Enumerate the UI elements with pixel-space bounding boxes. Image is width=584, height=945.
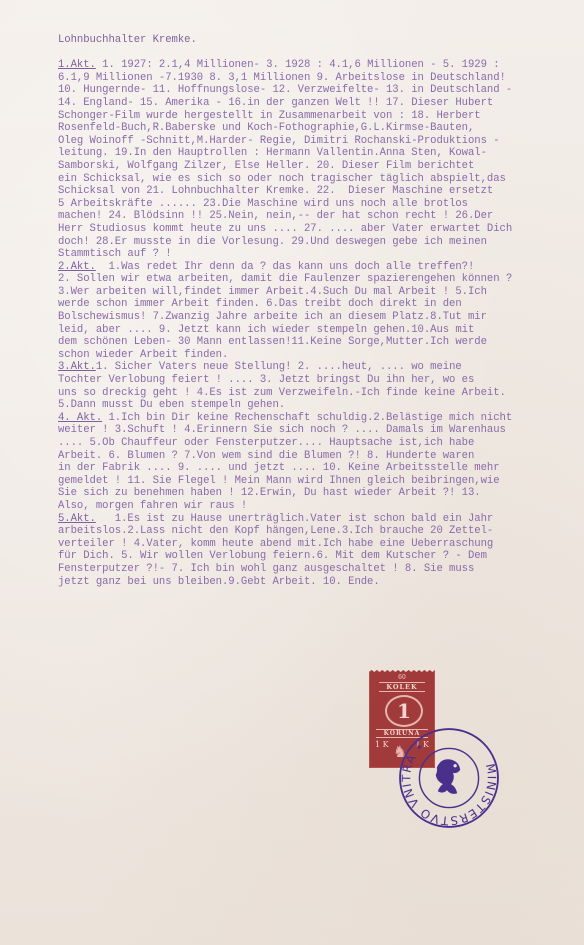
line-text: leid, aber .... 9. Jetzt kann ich wieder… (58, 324, 474, 336)
text-line: Oleg Woinoff -Schnitt,M.Harder- Regie, D… (58, 135, 578, 148)
line-text: Samborski, Wolfgang Zilzer, Else Heller.… (58, 160, 474, 172)
line-text: verteiler ! 4.Vater, komm heute abend mi… (58, 538, 493, 550)
line-text: Fensterputzer ?!- 7. Ich bin wohl ganz a… (58, 563, 474, 575)
stamp-label: KOLEK (379, 682, 425, 692)
line-text: 1.Was redet Ihr denn da ? das kann uns d… (96, 261, 474, 273)
text-line: 10. Hungernde- 11. Hoffnungslose- 12. Ve… (58, 84, 578, 97)
line-text: in der Fabrik .... 9. .... und jetzt ...… (58, 462, 500, 474)
act-label: 4. Akt. (58, 412, 102, 424)
line-text: Schicksal von 21. Lohnbuchhalter Kremke.… (58, 185, 493, 197)
act-block: 2.Akt. 1.Was redet Ihr denn da ? das kan… (58, 261, 578, 362)
text-line: doch! 28.Er musste in die Vorlesung. 29.… (58, 236, 578, 249)
text-line: 3.Wer arbeiten will,findet immer Arbeit.… (58, 286, 578, 299)
line-text: 3.Wer arbeiten will,findet immer Arbeit.… (58, 286, 487, 298)
line-text: Arbeit. 6. Blumen ? 7.Von wem sind die B… (58, 450, 474, 462)
text-line: verteiler ! 4.Vater, komm heute abend mi… (58, 538, 578, 551)
text-line: arbeitslos.2.Lass nicht den Kopf hängen,… (58, 525, 578, 538)
line-text: 14. England- 15. Amerika - 16.in der gan… (58, 97, 493, 109)
line-text: 5.Dann musst Du eben stempeln gehen. (58, 399, 285, 411)
text-line: Herr Studiosus kommt heute zu uns .... 2… (58, 223, 578, 236)
line-text: 1.Ich bin Dir keine Rechenschaft schuldi… (102, 412, 512, 424)
text-line: leitung. 19.In den Hauptrollen : Hermann… (58, 147, 578, 160)
text-line: machen! 24. Blödsinn !! 25.Nein, nein,--… (58, 210, 578, 223)
line-text: Bolschewismus! 7.Zwanzig Jahre arbeite i… (58, 311, 487, 323)
line-text: 6.1,9 Millionen -7.1930 8. 3,1 Millionen… (58, 72, 506, 84)
line-text: schon wieder Arbeit finden. (58, 349, 228, 361)
text-line: 3.Akt.1. Sicher Vaters neue Stellung! 2.… (58, 361, 578, 374)
text-line: 6.1,9 Millionen -7.1930 8. 3,1 Millionen… (58, 72, 578, 85)
text-line: 5 Arbeitskräfte ...... 23.Die Maschine w… (58, 198, 578, 211)
stamp-value: 1 (385, 695, 423, 727)
line-text: dem schönen Leben- 30 Mann entlassen!11.… (58, 336, 487, 348)
line-text: doch! 28.Er musste in die Vorlesung. 29.… (58, 236, 487, 248)
line-text: leitung. 19.In den Hauptrollen : Hermann… (58, 147, 487, 159)
line-text: arbeitslos.2.Lass nicht den Kopf hängen,… (58, 525, 493, 537)
line-text: 1. 1927: 2.1,4 Millionen- 3. 1928 : 4.1,… (96, 59, 500, 71)
line-text: ein Schicksal, wie es sich so oder noch … (58, 173, 506, 185)
text-line: uns so dreckig geht ! 4.Es ist zum Verzw… (58, 387, 578, 400)
stamp-top-text: 60 (369, 674, 435, 681)
line-text: 5 Arbeitskräfte ...... 23.Die Maschine w… (58, 198, 468, 210)
text-line: leid, aber .... 9. Jetzt kann ich wieder… (58, 324, 578, 337)
act-label: 5.Akt. (58, 513, 96, 525)
text-line: .... 5.Ob Chauffeur oder Fensterputzer..… (58, 437, 578, 450)
line-text: 2. Sollen wir etwa arbeiten, damit die F… (58, 273, 512, 285)
stamp-denomination-left: 1 K (375, 740, 389, 749)
act-label: 3.Akt. (58, 361, 96, 373)
line-text: 1.Es ist zu Hause unerträglich.Vater ist… (96, 513, 493, 525)
text-line: weiter ! 3.Schuft ! 4.Erinnern Sie sich … (58, 424, 578, 437)
text-line: Sie sich zu benehmen haben ! 12.Erwin, D… (58, 487, 578, 500)
line-text: Also, morgen fahren wir raus ! (58, 500, 247, 512)
text-line: jetzt ganz bei uns bleiben.9.Gebt Arbeit… (58, 576, 578, 589)
act-block: 1.Akt. 1. 1927: 2.1,4 Millionen- 3. 1928… (58, 59, 578, 261)
text-line: ein Schicksal, wie es sich so oder noch … (58, 173, 578, 186)
text-line: Also, morgen fahren wir raus ! (58, 500, 578, 513)
text-line: Stammtisch auf ? ! (58, 248, 578, 261)
act-block: 3.Akt.1. Sicher Vaters neue Stellung! 2.… (58, 361, 578, 411)
line-text: Tochter Verlobung feiert ! .... 3. Jetzt… (58, 374, 474, 386)
text-line: Bolschewismus! 7.Zwanzig Jahre arbeite i… (58, 311, 578, 324)
text-line: 2.Akt. 1.Was redet Ihr denn da ? das kan… (58, 261, 578, 274)
text-line: Samborski, Wolfgang Zilzer, Else Heller.… (58, 160, 578, 173)
text-line: dem schönen Leben- 30 Mann entlassen!11.… (58, 336, 578, 349)
line-text: werde schon immer Arbeit finden. 6.Das t… (58, 298, 462, 310)
text-line: 5.Akt. 1.Es ist zu Hause unerträglich.Va… (58, 513, 578, 526)
line-text: weiter ! 3.Schuft ! 4.Erinnern Sie sich … (58, 424, 506, 436)
line-text: gemeldet ! 11. Sie Flegel ! Mein Mann wi… (58, 475, 500, 487)
line-text: Rosenfeld-Buch,R.Baberske und Koch-Fotho… (58, 122, 474, 134)
line-text: für Dich. 5. Wir wollen Verlobung feiern… (58, 550, 487, 562)
text-line: Tochter Verlobung feiert ! .... 3. Jetzt… (58, 374, 578, 387)
text-line: für Dich. 5. Wir wollen Verlobung feiern… (58, 550, 578, 563)
acts-container: 1.Akt. 1. 1927: 2.1,4 Millionen- 3. 1928… (58, 59, 578, 588)
ministry-seal: MINISTERSTVO VNITRA • (398, 727, 500, 829)
line-text: Stammtisch auf ? ! (58, 248, 172, 260)
text-line: Fensterputzer ?!- 7. Ich bin wohl ganz a… (58, 563, 578, 576)
document-heading: Lohnbuchhalter Kremke. (58, 34, 578, 47)
lion-icon (436, 759, 460, 794)
text-line: schon wieder Arbeit finden. (58, 349, 578, 362)
text-line: in der Fabrik .... 9. .... und jetzt ...… (58, 462, 578, 475)
text-line: 1.Akt. 1. 1927: 2.1,4 Millionen- 3. 1928… (58, 59, 578, 72)
line-text: Oleg Woinoff -Schnitt,M.Harder- Regie, D… (58, 135, 500, 147)
line-text: Schonger-Film wurde hergestellt in Zusam… (58, 110, 481, 122)
line-text: 10. Hungernde- 11. Hoffnungslose- 12. Ve… (58, 84, 512, 96)
act-label: 2.Akt. (58, 261, 96, 273)
line-text: jetzt ganz bei uns bleiben.9.Gebt Arbeit… (58, 576, 380, 588)
act-block: 4. Akt. 1.Ich bin Dir keine Rechenschaft… (58, 412, 578, 513)
act-label: 1.Akt. (58, 59, 96, 71)
line-text: 1. Sicher Vaters neue Stellung! 2. ....h… (96, 361, 462, 373)
text-line: Schonger-Film wurde hergestellt in Zusam… (58, 110, 578, 123)
text-line: 2. Sollen wir etwa arbeiten, damit die F… (58, 273, 578, 286)
document-page: Lohnbuchhalter Kremke. 1.Akt. 1. 1927: 2… (0, 0, 584, 945)
text-line: 5.Dann musst Du eben stempeln gehen. (58, 399, 578, 412)
seal-graphic: MINISTERSTVO VNITRA • (398, 727, 500, 829)
line-text: Herr Studiosus kommt heute zu uns .... 2… (58, 223, 512, 235)
text-line: Rosenfeld-Buch,R.Baberske und Koch-Fotho… (58, 122, 578, 135)
typescript-body: Lohnbuchhalter Kremke. 1.Akt. 1. 1927: 2… (58, 34, 578, 588)
text-line: gemeldet ! 11. Sie Flegel ! Mein Mann wi… (58, 475, 578, 488)
text-line: 14. England- 15. Amerika - 16.in der gan… (58, 97, 578, 110)
line-text: .... 5.Ob Chauffeur oder Fensterputzer..… (58, 437, 474, 449)
line-text: uns so dreckig geht ! 4.Es ist zum Verzw… (58, 387, 506, 399)
line-text: Sie sich zu benehmen haben ! 12.Erwin, D… (58, 487, 481, 499)
act-block: 5.Akt. 1.Es ist zu Hause unerträglich.Va… (58, 513, 578, 589)
line-text: machen! 24. Blödsinn !! 25.Nein, nein,--… (58, 210, 493, 222)
text-line: Schicksal von 21. Lohnbuchhalter Kremke.… (58, 185, 578, 198)
text-line: 4. Akt. 1.Ich bin Dir keine Rechenschaft… (58, 412, 578, 425)
text-line: werde schon immer Arbeit finden. 6.Das t… (58, 298, 578, 311)
text-line: Arbeit. 6. Blumen ? 7.Von wem sind die B… (58, 450, 578, 463)
